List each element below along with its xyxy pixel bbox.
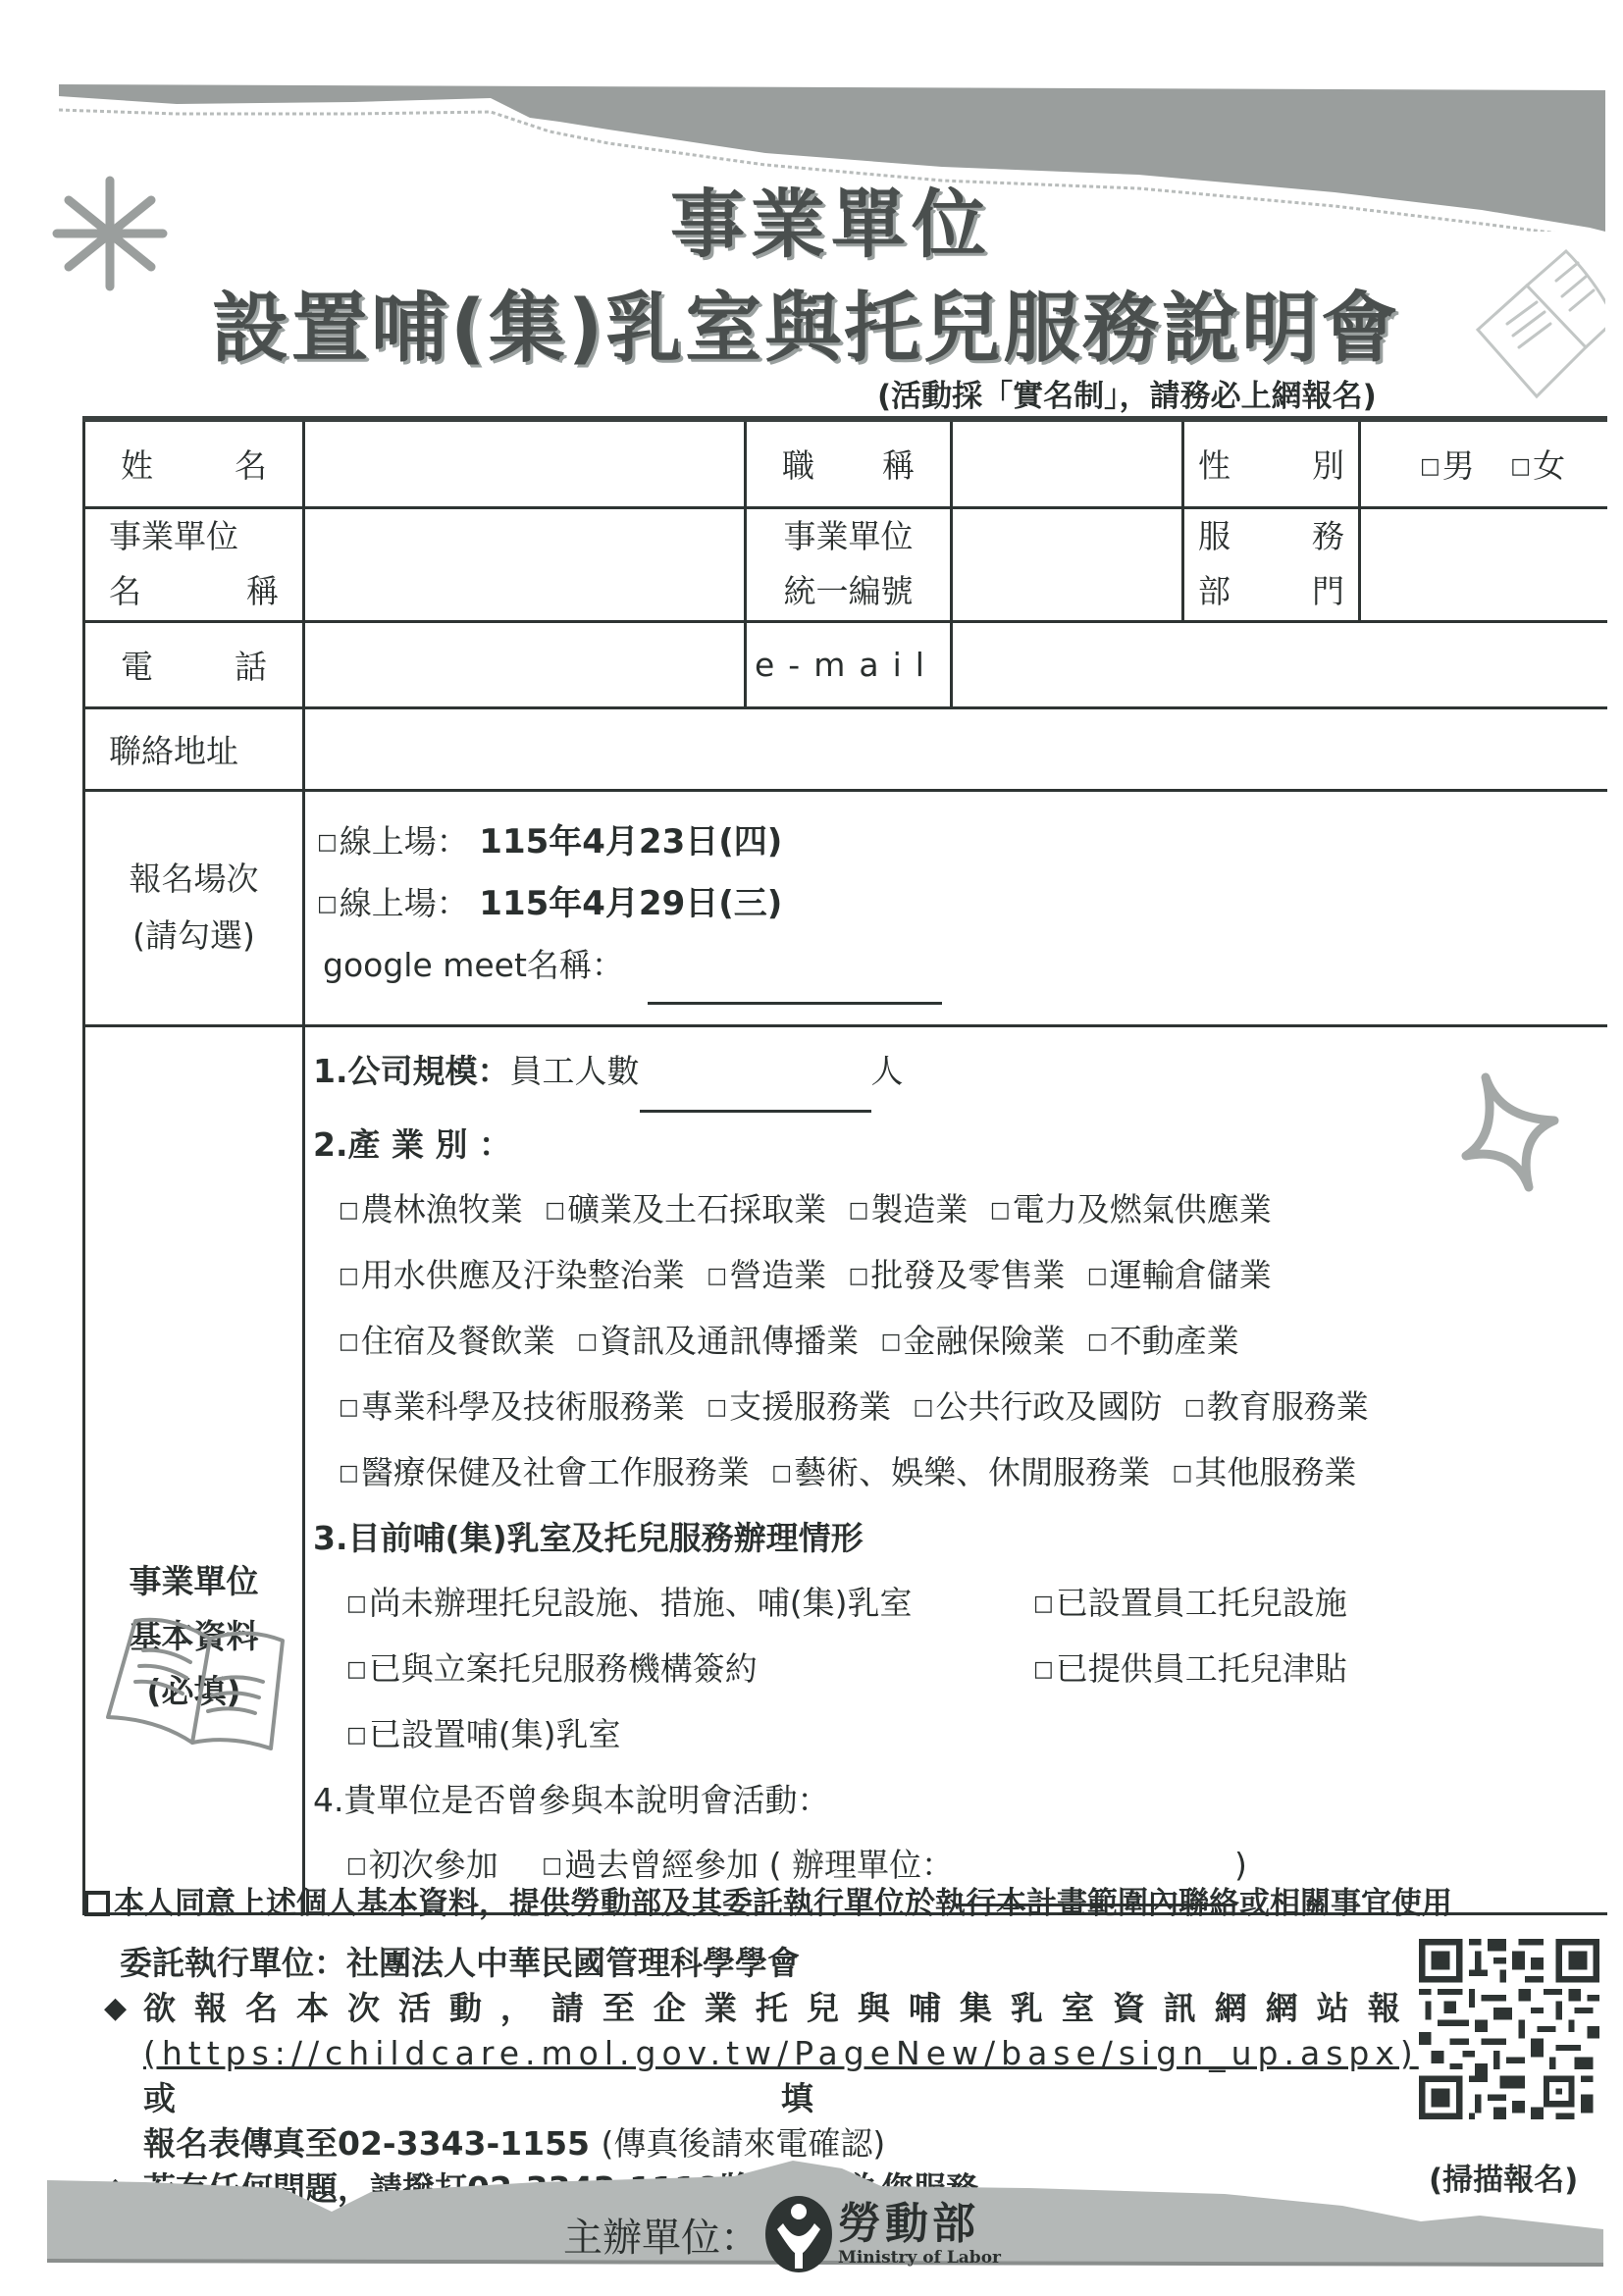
employee-count-field[interactable]	[640, 1045, 871, 1113]
gender-label: 性 別	[1183, 419, 1360, 507]
tax-id-field[interactable]	[952, 507, 1183, 621]
industry-row: □醫療保健及社會工作服務業 □藝術、娛樂、休閒服務業 □其他服務業	[313, 1440, 1599, 1506]
industry-row: □農林漁牧業 □礦業及土石採取業 □製造業 □電力及燃氣供應業	[313, 1177, 1599, 1243]
department-label: 服務 部門	[1183, 507, 1360, 621]
row-session: 報名場次 (請勾選) □線上場： 115年4月23日(四) □線上場： 115年…	[84, 790, 1607, 1025]
industry-row: □住宿及餐飲業 □資訊及通訊傳播業 □金融保險業 □不動產業	[313, 1309, 1599, 1375]
industry-checkbox[interactable]: □醫療保健及社會工作服務業	[339, 1453, 750, 1491]
registration-form: 姓 名 職 稱 性 別 □男 □女 事業單位 名 稱	[82, 416, 1607, 1915]
executing-organization: 委託執行單位：社團法人中華民國管理科學學會	[104, 1941, 1389, 1986]
gender-options: □男 □女	[1360, 419, 1607, 507]
organizer: 主辦單位： 勞動部 Ministry of Labor	[563, 2194, 1001, 2274]
signup-qr-code[interactable]	[1419, 1939, 1599, 2123]
row-name: 姓 名 職 稱 性 別 □男 □女	[84, 419, 1607, 507]
childcare-status-checkbox[interactable]: □已設置員工托兒設施	[1033, 1571, 1347, 1637]
job-title-field[interactable]	[952, 419, 1183, 507]
row-company: 事業單位 名 稱 事業單位 統一編號 服務 部門	[84, 507, 1607, 621]
google-meet-name-field[interactable]	[648, 941, 942, 1005]
sparkle-icon	[1456, 1066, 1564, 1193]
company-name-label: 事業單位 名 稱	[84, 507, 304, 621]
industry-checkbox[interactable]: □礦業及土石採取業	[545, 1190, 826, 1228]
tax-id-label: 事業單位 統一編號	[746, 507, 952, 621]
childcare-status-checkbox[interactable]: □已設置哺(集)乳室	[346, 1702, 1033, 1768]
session-option-1[interactable]: □線上場： 115年4月23日(四)	[317, 811, 1596, 873]
address-field[interactable]	[304, 707, 1607, 790]
page-title-line2: 設置哺(集)乳室與托兒服務說明會	[212, 267, 1400, 377]
open-book-icon	[102, 1609, 298, 1756]
organizer-name-en: Ministry of Labor	[838, 2250, 1001, 2267]
gender-female-checkbox[interactable]: □女	[1510, 446, 1565, 485]
industry-checkbox[interactable]: □批發及零售業	[849, 1256, 1066, 1294]
industry-checkbox[interactable]: □專業科學及技術服務業	[339, 1387, 685, 1426]
ministry-of-labor-logo-icon	[763, 2194, 834, 2274]
industry-checkbox[interactable]: □運輸倉儲業	[1087, 1256, 1272, 1294]
q1-company-size: 1.公司規模：員工人數 人	[313, 1039, 1599, 1113]
row-contact: 電 話 e-mail	[84, 621, 1607, 707]
childcare-status-checkbox[interactable]: □已提供員工托兒津貼	[1033, 1637, 1347, 1702]
industry-row: □用水供應及汙染整治業 □營造業 □批發及零售業 □運輸倉儲業	[313, 1243, 1599, 1309]
industry-checkbox[interactable]: □資訊及通訊傳播業	[577, 1322, 859, 1360]
name-label: 姓 名	[84, 419, 304, 507]
q4-participation-title: 4.貴單位是否曾參與本說明會活動：	[313, 1768, 1599, 1833]
industry-checkbox[interactable]: □不動產業	[1087, 1322, 1239, 1360]
industry-checkbox[interactable]: □教育服務業	[1184, 1387, 1369, 1426]
phone-field[interactable]	[304, 621, 746, 707]
page-title-line1: 事業單位	[0, 165, 1623, 272]
row-address: 聯絡地址	[84, 707, 1607, 790]
industry-checkbox[interactable]: □住宿及餐飲業	[339, 1322, 555, 1360]
job-title-label: 職 稱	[746, 419, 952, 507]
signup-instructions: ◆ 欲報名本次活動，請至企業托兒與哺集乳室資訊網網站報名 (https://ch…	[104, 1986, 1389, 2166]
scan-to-register-label: (掃描報名)	[1429, 2155, 1578, 2199]
company-name-field[interactable]	[304, 507, 746, 621]
name-field[interactable]	[304, 419, 746, 507]
industry-checkbox[interactable]: □用水供應及汙染整治業	[339, 1256, 685, 1294]
industry-row: □專業科學及技術服務業 □支援服務業 □公共行政及國防 □教育服務業	[313, 1375, 1599, 1440]
department-field[interactable]	[1360, 507, 1607, 621]
row-basic-info: 事業單位 基本資料 (必填) 1.公司規模：員工人數 人 2.產 業 別 ： □…	[84, 1025, 1607, 1913]
subtitle-note: (活動採「實名制」，請務必上網報名)	[877, 371, 1377, 415]
childcare-status-row: □已設置哺(集)乳室	[313, 1702, 1599, 1768]
childcare-status-checkbox[interactable]: □已與立案托兒服務機構簽約	[346, 1637, 1033, 1702]
childcare-status-checkbox[interactable]: □尚未辦理托兒設施、措施、哺(集)乳室	[346, 1571, 1033, 1637]
industry-checkbox[interactable]: □金融保險業	[881, 1322, 1066, 1360]
open-book-icon	[1468, 241, 1605, 408]
session-option-2[interactable]: □線上場： 115年4月29日(三)	[317, 873, 1596, 935]
industry-checkbox[interactable]: □其他服務業	[1173, 1453, 1357, 1491]
industry-checkbox[interactable]: □電力及燃氣供應業	[990, 1190, 1272, 1228]
session-options: □線上場： 115年4月23日(四) □線上場： 115年4月29日(三) go…	[304, 790, 1607, 1025]
address-label: 聯絡地址	[84, 707, 304, 790]
industry-checkbox[interactable]: □營造業	[707, 1256, 826, 1294]
childcare-status-row: □已與立案托兒服務機構簽約 □已提供員工托兒津貼	[313, 1637, 1599, 1702]
q3-childcare-status-title: 3.目前哺(集)乳室及托兒服務辦理情形	[313, 1506, 1599, 1571]
industry-checkbox[interactable]: □製造業	[849, 1190, 969, 1228]
consent-checkbox[interactable]: 本人同意上述個人基本資料，提供勞動部及其委託執行單位於執行本計畫範圍內聯絡或相關…	[84, 1878, 1452, 1922]
organizer-name-zh: 勞動部	[838, 2203, 1001, 2246]
gender-male-checkbox[interactable]: □男	[1420, 446, 1475, 485]
industry-checkbox[interactable]: □公共行政及國防	[914, 1387, 1163, 1426]
diamond-bullet-icon: ◆	[104, 1986, 143, 2166]
industry-checkbox[interactable]: □藝術、娛樂、休閒服務業	[771, 1453, 1150, 1491]
google-meet-name: google meet名稱：	[317, 935, 1596, 1005]
industry-checkbox[interactable]: □支援服務業	[707, 1387, 891, 1426]
childcare-status-row: □尚未辦理托兒設施、措施、哺(集)乳室 □已設置員工托兒設施	[313, 1571, 1599, 1637]
session-label: 報名場次 (請勾選)	[84, 790, 304, 1025]
signup-url-link[interactable]: (https://childcare.mol.gov.tw/PageNew/ba…	[143, 2034, 1419, 2072]
checkbox-square-icon	[84, 1891, 110, 1916]
email-label: e-mail	[746, 621, 952, 707]
industry-checkbox[interactable]: □農林漁牧業	[339, 1190, 523, 1228]
phone-label: 電 話	[84, 621, 304, 707]
basic-info-content: 1.公司規模：員工人數 人 2.產 業 別 ： □農林漁牧業 □礦業及土石採取業…	[304, 1025, 1607, 1913]
email-field[interactable]	[952, 621, 1607, 707]
basic-info-label: 事業單位 基本資料 (必填)	[84, 1025, 304, 1913]
q2-industry-title: 2.產 業 別 ：	[313, 1113, 1599, 1177]
